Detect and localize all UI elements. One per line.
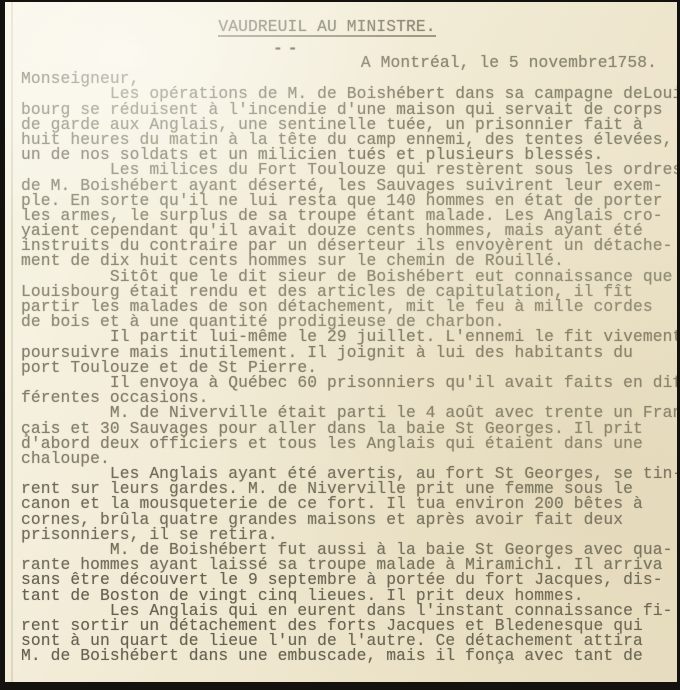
letter-content: VAUDREUIL AU MINISTRE. -- A Montréal, le… — [5, 2, 677, 664]
page-title: VAUDREUIL AU MINISTRE. — [218, 19, 435, 37]
scan-frame: VAUDREUIL AU MINISTRE. -- A Montréal, le… — [0, 0, 680, 690]
title-row: VAUDREUIL AU MINISTRE. — [5, 19, 655, 41]
title-dash: -- — [273, 41, 677, 55]
letter-line: d'abord deux officiers et tous les Angla… — [21, 436, 677, 451]
letter-line: M. de Boishébert dans une embuscade, mai… — [21, 648, 677, 663]
letter-body: Les opérations de M. de Boishébert dans … — [21, 86, 677, 663]
dateline: A Montréal, le 5 novembre1758. — [21, 55, 677, 70]
letter-page: VAUDREUIL AU MINISTRE. -- A Montréal, le… — [5, 2, 677, 682]
